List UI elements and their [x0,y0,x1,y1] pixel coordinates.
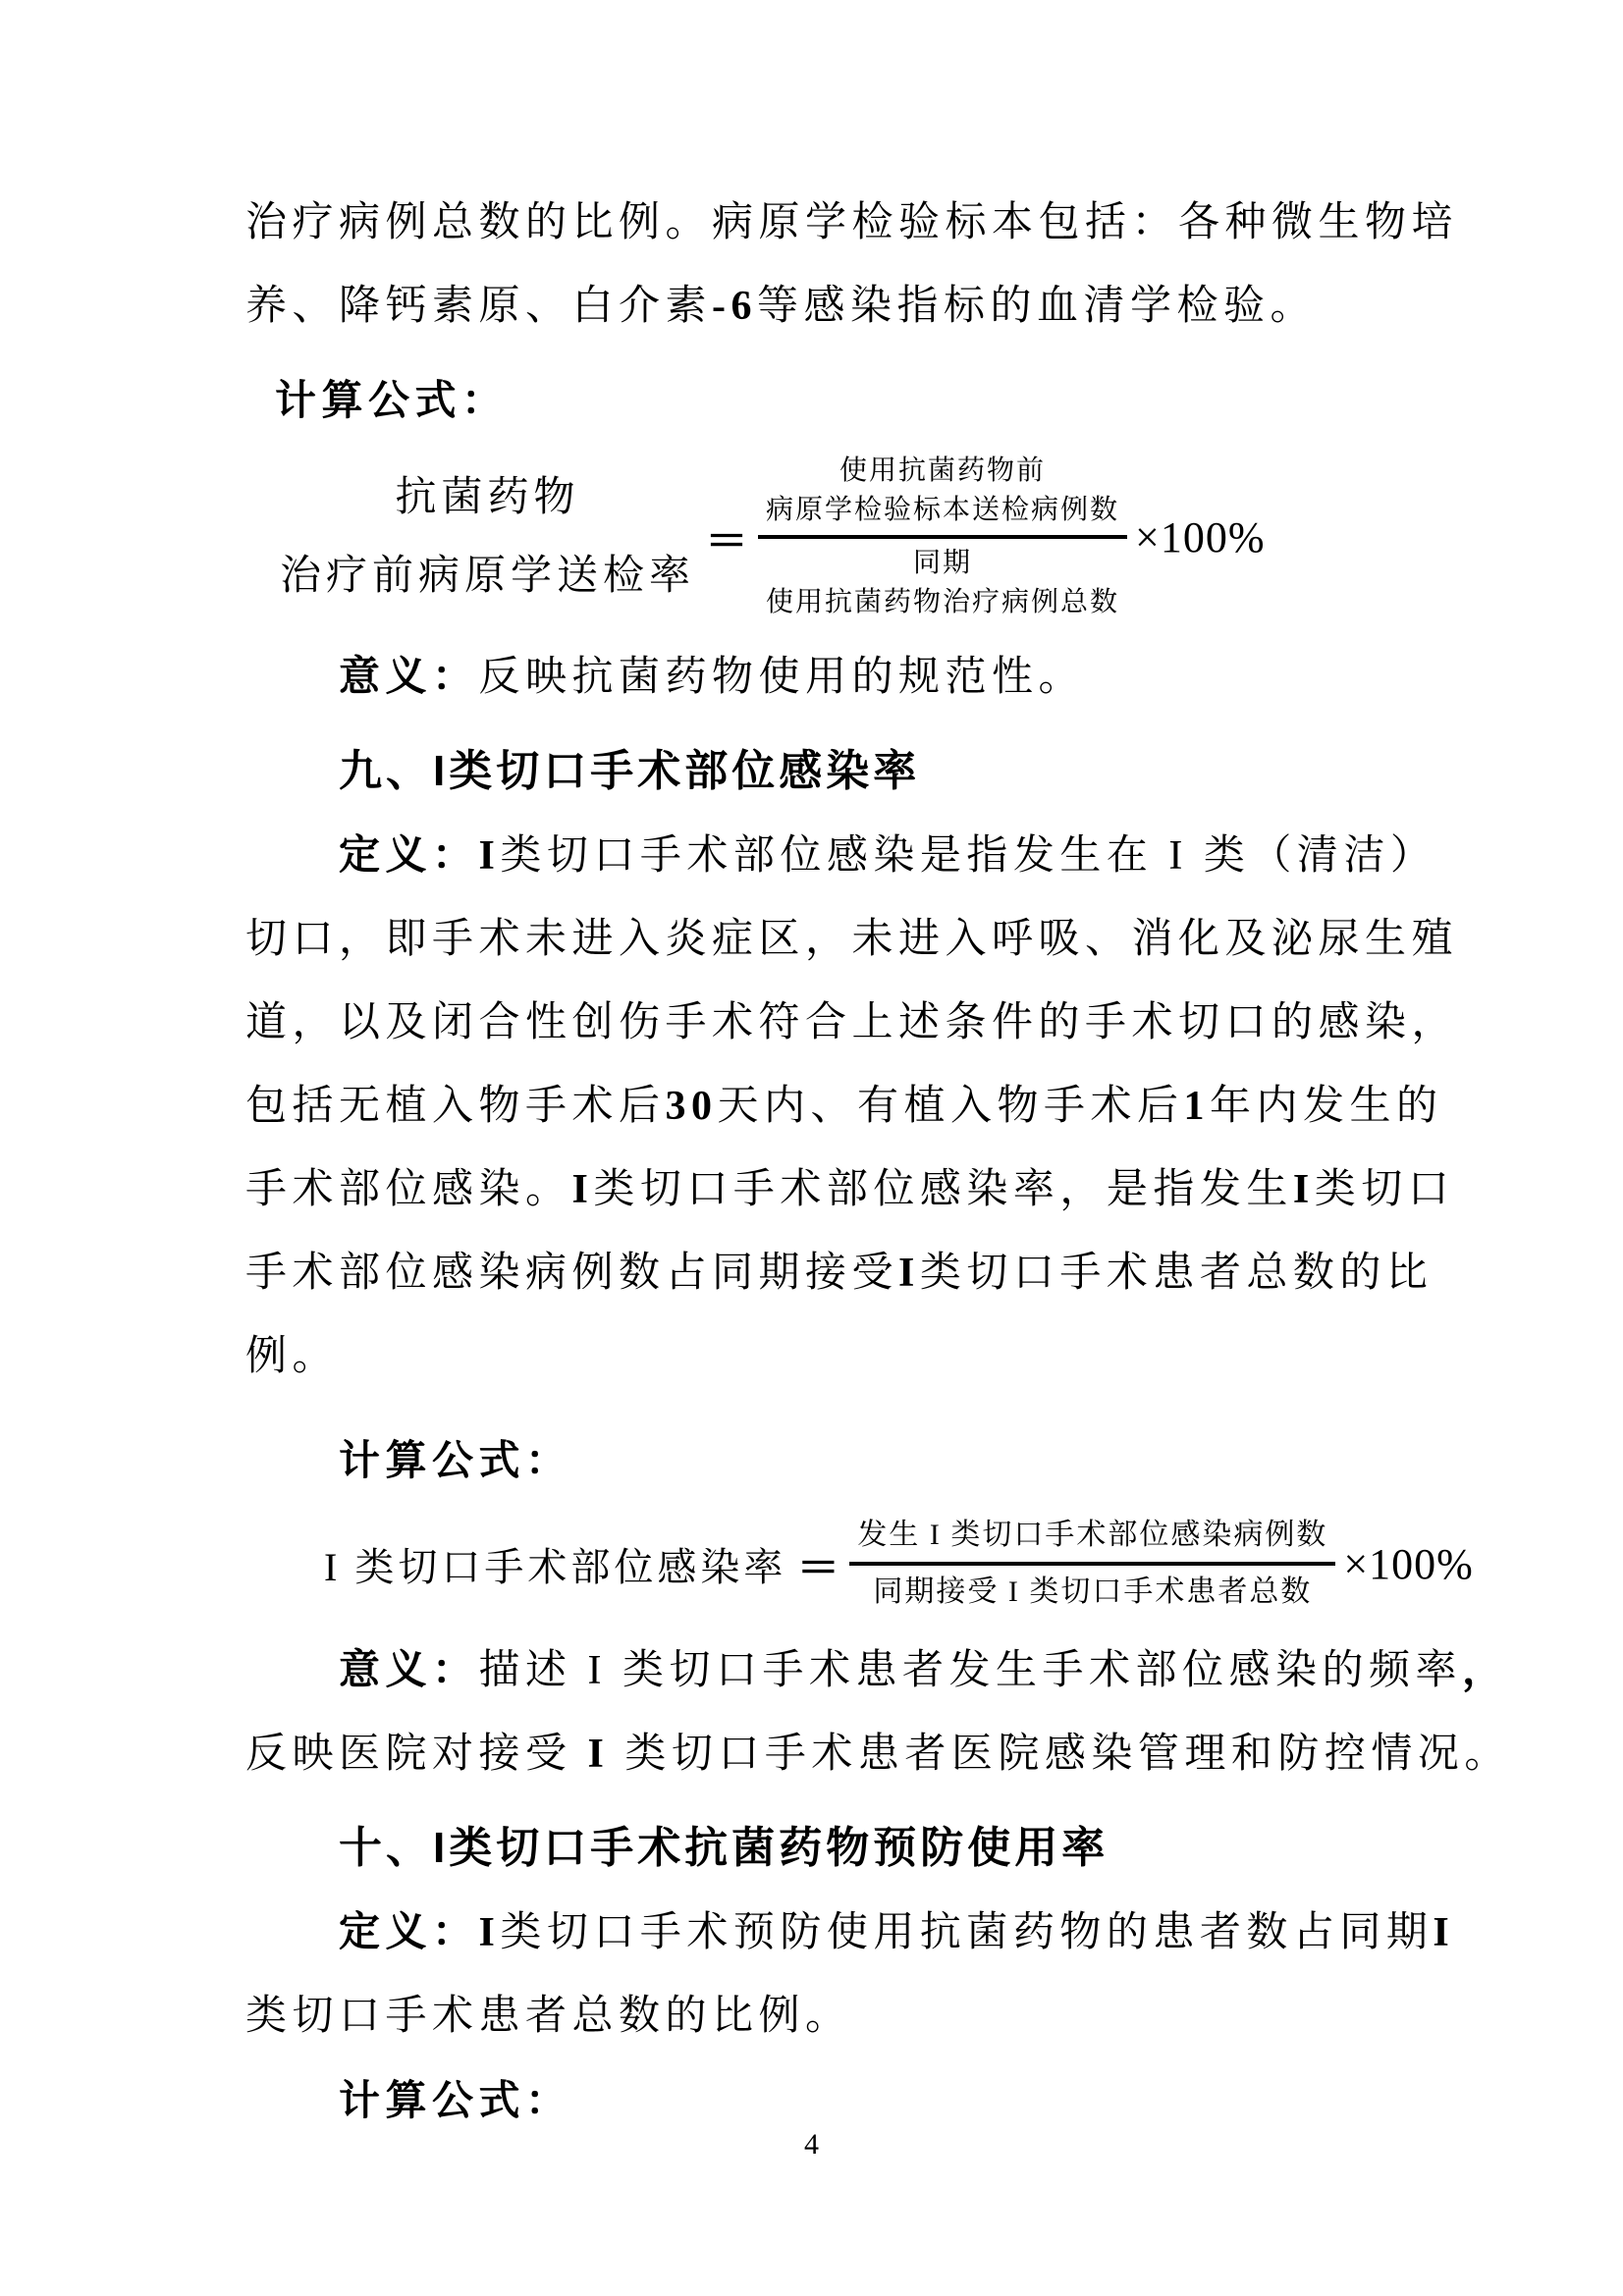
definition-9-line: 道，以及闭合性创伤手术符合上述条件的手术切口的感染， [245,982,1466,1065]
numerator-line1: 使用抗菌药物前 [839,452,1046,491]
denominator-line1: 同期接受 I 类切口手术患者总数 [873,1571,1312,1614]
definition-9-line: 手术部位感染。I类切口手术部位感染率，是指发生I类切口 [245,1148,1466,1232]
significance-line: 意义：反映抗菌药物使用的规范性。 [339,634,1466,720]
numerator-line1: 发生 I 类切口手术部位感染病例数 [857,1514,1327,1557]
formula-lhs-line1: 抗菌药物 [396,458,580,537]
formula-class1-incision-infection-rate: I 类切口手术部位感染率 ＝ 发生 I 类切口手术部位感染病例数 同期接受 I … [324,1514,1466,1614]
intro-paragraph-line: 养、降钙素原、白介素-6等感染指标的血清学检验。 [245,265,1466,348]
page-content: 治疗病例总数的比例。病原学检验标本包括：各种微生物培 养、降钙素原、白介素-6等… [0,0,1623,2142]
definition-9-line: 定义：I类切口手术部位感染是指发生在 I 类（清洁） [339,813,1466,898]
denominator-line1: 同期 [913,544,972,583]
definition-10-line: 类切口手术患者总数的比例。 [245,1975,1466,2058]
definition-9-line: 例。 [245,1315,1466,1399]
definition-9-line: 手术部位感染病例数占同期接受I类切口手术患者总数的比 [245,1232,1466,1315]
formula-lhs: 抗菌药物 治疗前病原学送检率 [280,458,695,615]
equals-sign: ＝ [705,506,748,568]
section-10-heading: 十、I类切口手术抗菌药物预防使用率 [339,1806,1466,1890]
formula-label-1: 计算公式： [275,358,1466,442]
denominator-line2: 使用抗菌药物治疗病例总数 [766,583,1119,622]
definition-9-line: 切口，即手术未进入炎症区，未进入呼吸、消化及泌尿生殖 [245,898,1466,982]
multiply-100-percent: ×100% [1343,1539,1473,1589]
fraction-numerator: 发生 I 类切口手术部位感染病例数 [849,1514,1335,1562]
formula-label-2: 计算公式： [339,1418,1466,1502]
formula-lhs-line2: 治疗前病原学送检率 [280,537,695,615]
multiply-100-percent: ×100% [1135,512,1265,562]
numerator-line2: 病原学检验标本送检病例数 [766,491,1119,530]
fraction-denominator: 同期 使用抗菌药物治疗病例总数 [758,535,1127,622]
equals-sign: ＝ [796,1532,839,1595]
formula-lhs: I 类切口手术部位感染率 [324,1536,786,1592]
document-page: 治疗病例总数的比例。病原学检验标本包括：各种微生物培 养、降钙素原、白介素-6等… [0,0,1623,2296]
fraction: 使用抗菌药物前 病原学检验标本送检病例数 同期 使用抗菌药物治疗病例总数 [758,452,1127,622]
fraction: 发生 I 类切口手术部位感染病例数 同期接受 I 类切口手术患者总数 [849,1514,1335,1614]
section-9-heading: 九、I类切口手术部位感染率 [339,729,1466,813]
significance-2-line: 反映医院对接受 I 类切口手术患者医院感染管理和防控情况。 [245,1713,1466,1796]
definition-10-line: 定义：I类切口手术预防使用抗菌药物的患者数占同期I [339,1890,1466,1975]
significance-2-line: 意义：描述 I 类切口手术患者发生手术部位感染的频率， [339,1628,1466,1713]
fraction-denominator: 同期接受 I 类切口手术患者总数 [849,1562,1335,1614]
formula-pathogen-submission-rate: 抗菌药物 治疗前病原学送检率 ＝ 使用抗菌药物前 病原学检验标本送检病例数 同期… [280,452,1466,622]
page-number: 4 [0,2128,1623,2162]
fraction-numerator: 使用抗菌药物前 病原学检验标本送检病例数 [758,452,1127,535]
definition-9-line: 包括无植入物手术后30天内、有植入物手术后1年内发生的 [245,1065,1466,1148]
intro-paragraph-line: 治疗病例总数的比例。病原学检验标本包括：各种微生物培 [245,182,1466,265]
